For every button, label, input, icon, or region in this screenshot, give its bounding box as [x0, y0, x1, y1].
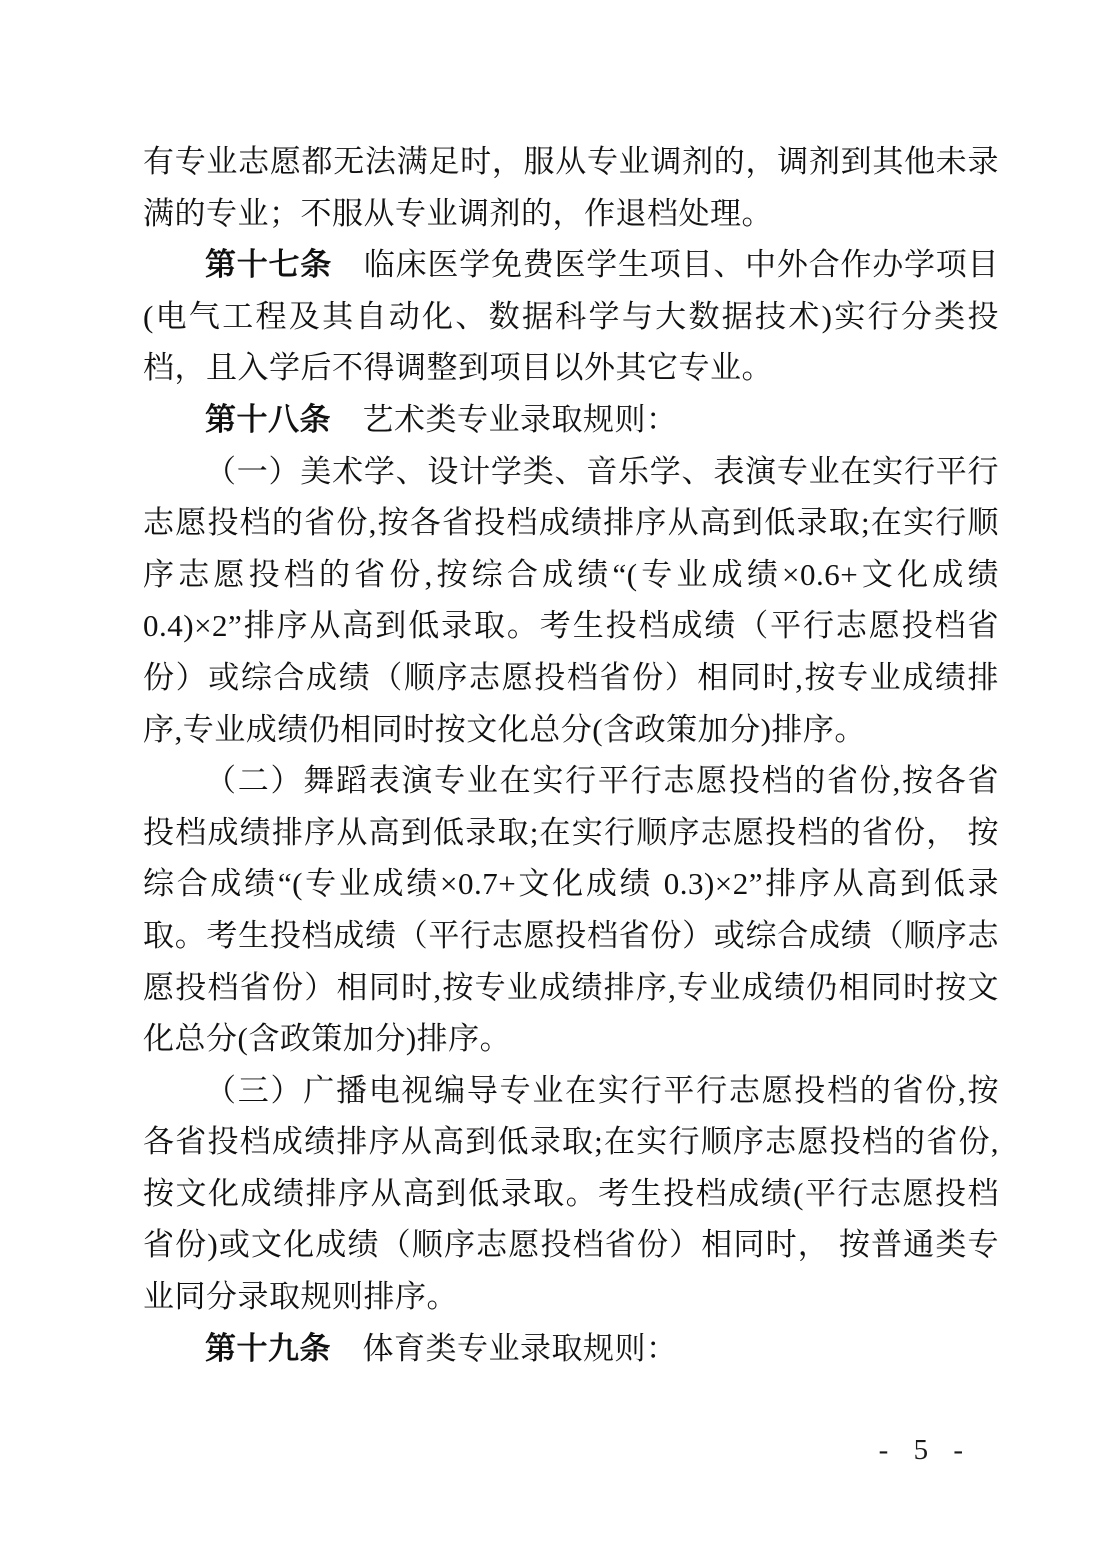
article-label: 第十八条 — [205, 402, 331, 437]
paragraph-text: （一）美术学、设计学类、音乐学、表演专业在实行平行志愿投档的省份,按各省投档成绩… — [143, 454, 999, 747]
paragraph-article-18: 第十八条 艺术类专业录取规则： — [143, 394, 999, 446]
paragraph-item-2: （二）舞蹈表演专业在实行平行志愿投档的省份,按各省投档成绩排序从高到低录取;在实… — [143, 755, 999, 1065]
article-label: 第十七条 — [205, 247, 332, 282]
document-page: 有专业志愿都无法满足时，服从专业调剂的，调剂到其他未录满的专业；不服从专业调剂的… — [0, 0, 1102, 1559]
paragraph-text: 有专业志愿都无法满足时，服从专业调剂的，调剂到其他未录满的专业；不服从专业调剂的… — [143, 144, 999, 231]
page-number: - 5 - — [879, 1434, 972, 1467]
paragraph-continuation: 有专业志愿都无法满足时，服从专业调剂的，调剂到其他未录满的专业；不服从专业调剂的… — [143, 136, 999, 239]
paragraph-article-17: 第十七条 临床医学免费医学生项目、中外合作办学项目(电气工程及其自动化、数据科学… — [143, 239, 999, 394]
paragraph-item-1: （一）美术学、设计学类、音乐学、表演专业在实行平行志愿投档的省份,按各省投档成绩… — [143, 446, 999, 756]
paragraph-item-3: （三）广播电视编导专业在实行平行志愿投档的省份,按各省投档成绩排序从高到低录取;… — [143, 1065, 999, 1323]
paragraph-article-19: 第十九条 体育类专业录取规则： — [143, 1323, 999, 1375]
paragraph-text: 艺术类专业录取规则： — [331, 402, 678, 437]
page-footer: - 5 - — [0, 1434, 1102, 1474]
paragraph-text: （二）舞蹈表演专业在实行平行志愿投档的省份,按各省投档成绩排序从高到低录取;在实… — [143, 763, 999, 1056]
paragraph-text: （三）广播电视编导专业在实行平行志愿投档的省份,按各省投档成绩排序从高到低录取;… — [143, 1073, 999, 1314]
article-label: 第十九条 — [205, 1331, 331, 1366]
document-body: 有专业志愿都无法满足时，服从专业调剂的，调剂到其他未录满的专业；不服从专业调剂的… — [143, 0, 999, 1374]
paragraph-text: 体育类专业录取规则： — [331, 1331, 678, 1366]
